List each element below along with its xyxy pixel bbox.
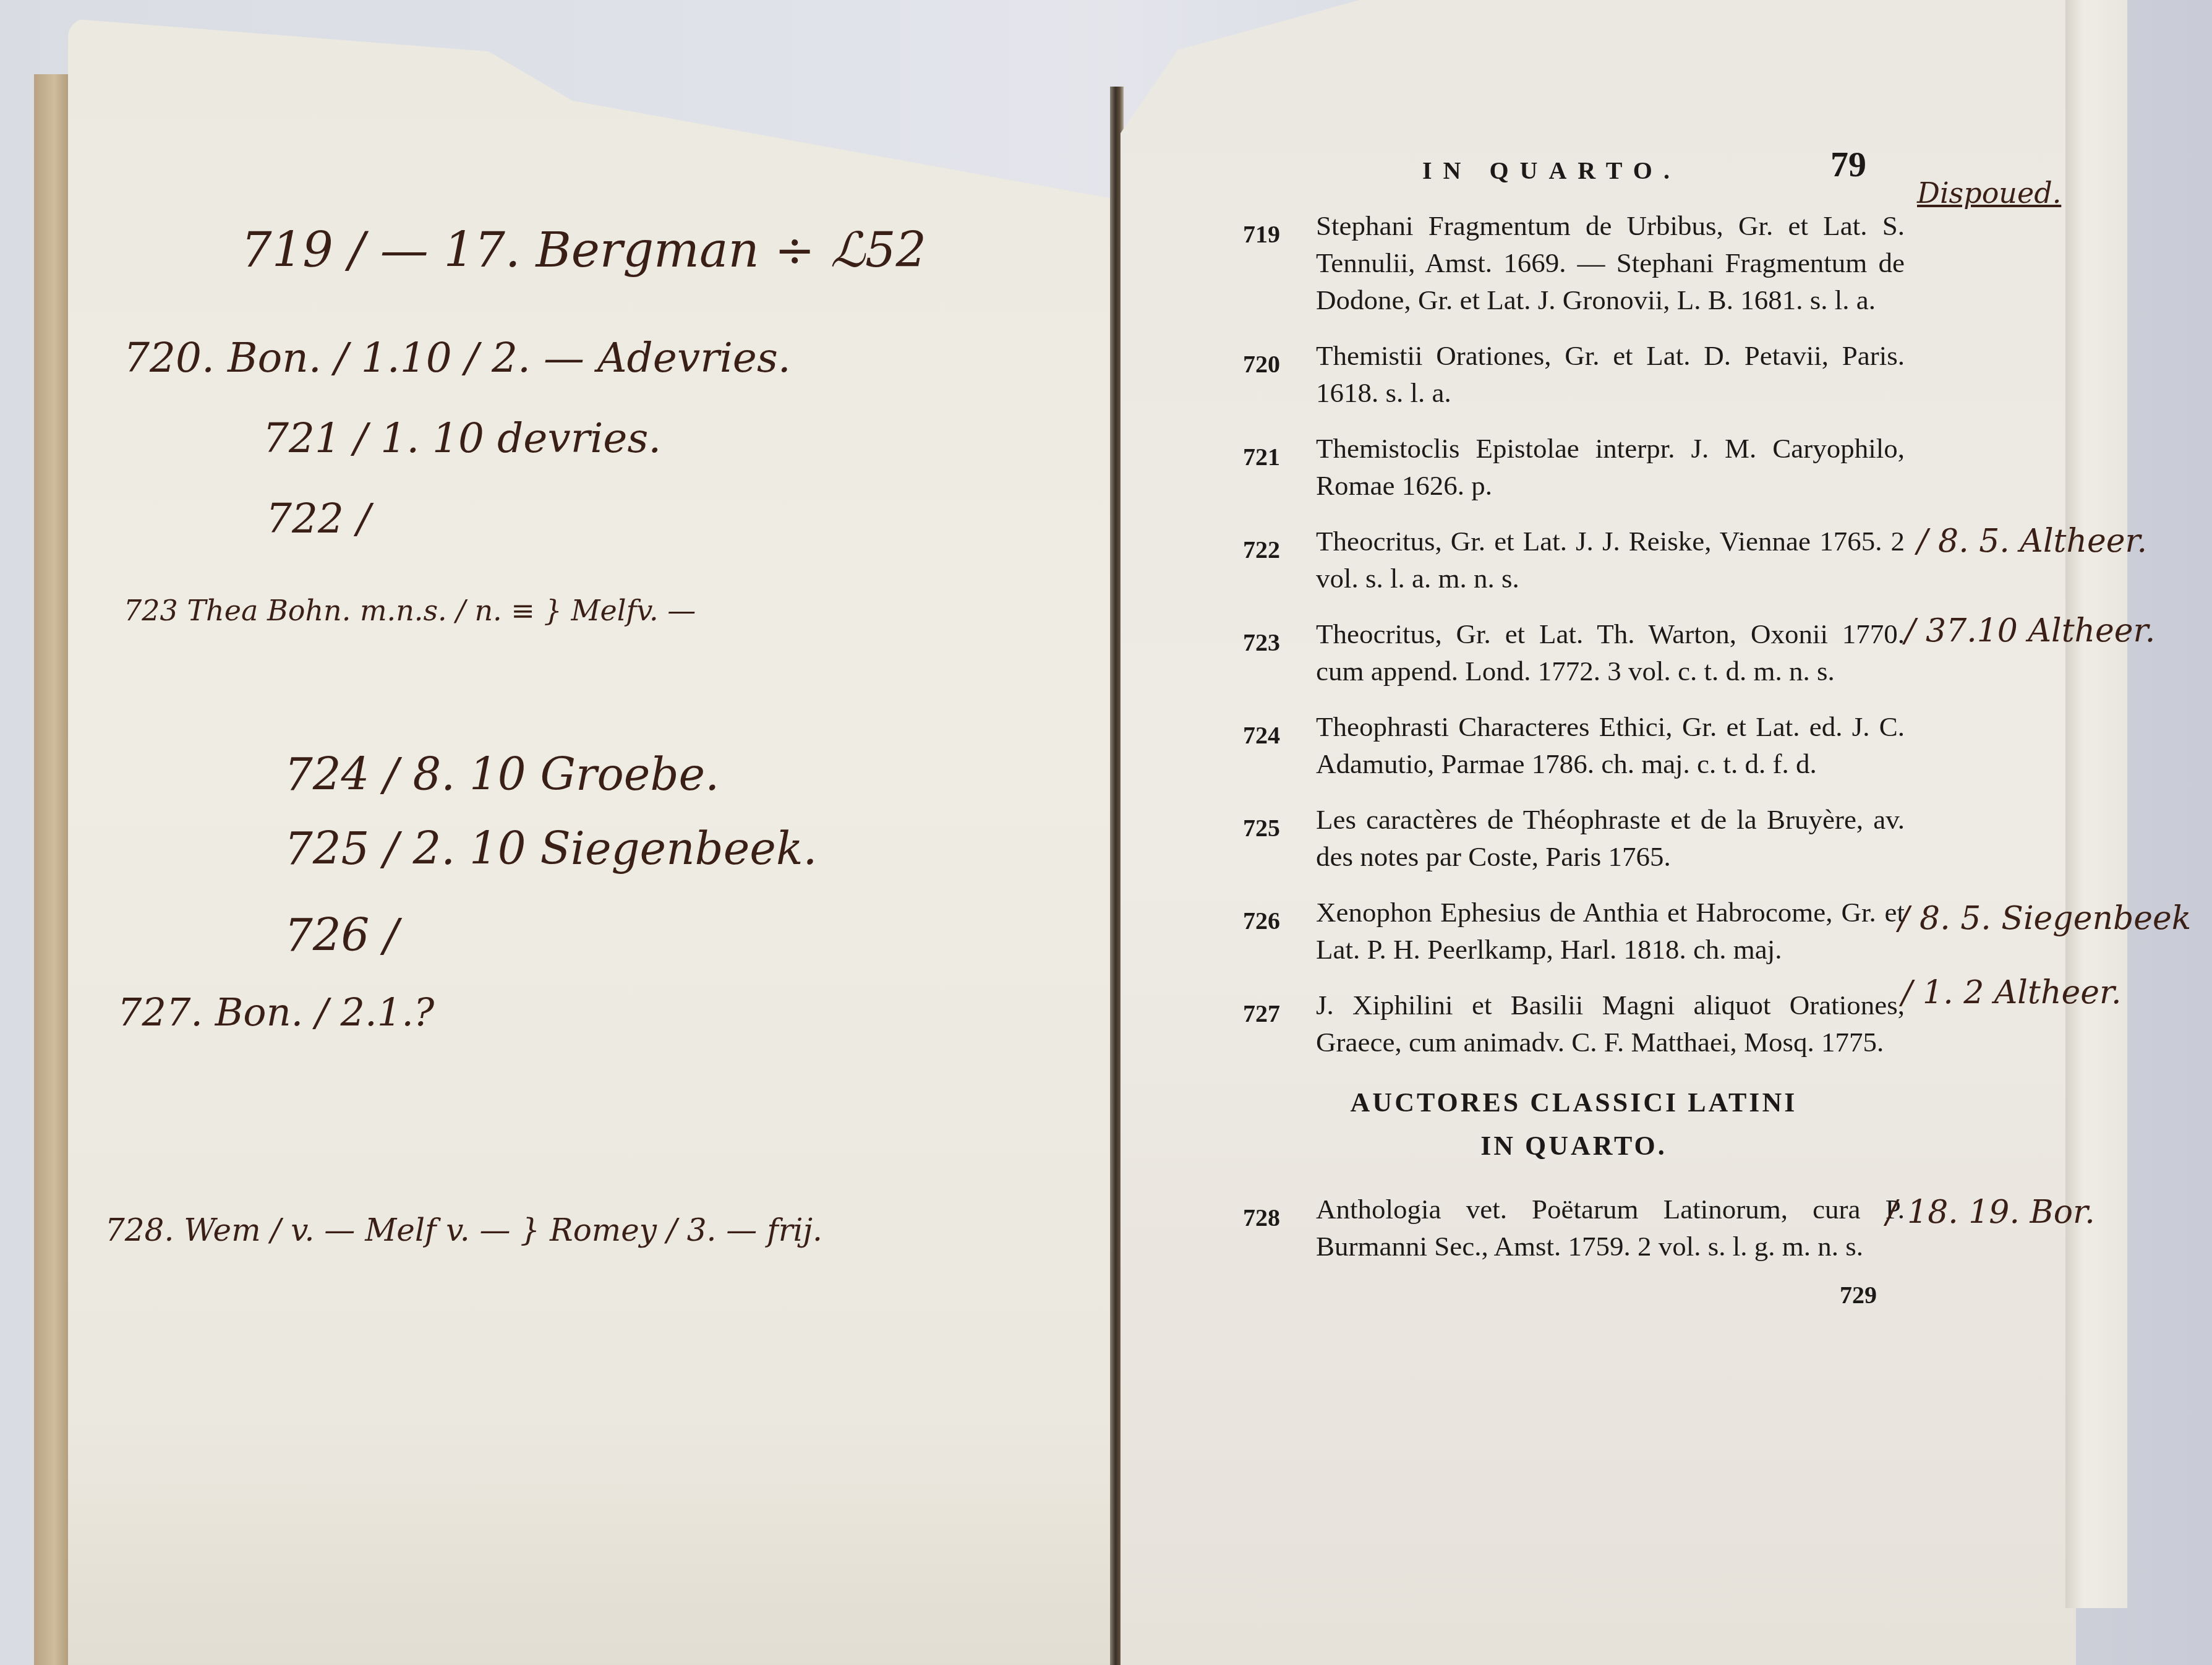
handwritten-note-728: 728. Wem / v. — Melf v. — } Romey / 3. —… [105,1212,822,1248]
entry-text: Xenophon Ephesius de Anthia et Habrocome… [1316,894,1905,968]
lot-number: 722 [1243,531,1280,568]
annotation-lot-723: / 37.10 Altheer. [1905,612,2155,649]
catchword: 729 [1840,1280,1877,1309]
lot-number: 727 [1243,995,1280,1032]
lot-number: 720 [1243,346,1280,383]
entry-text: Anthologia vet. Poëtarum Latinorum, cura… [1316,1191,1905,1265]
entry-text: Stephani Fragmentum de Urbibus, Gr. et L… [1316,207,1905,319]
catalogue-entry: 725 Les caractères de Théophraste et de … [1243,801,1905,875]
lot-number: 719 [1243,216,1280,253]
lot-number: 726 [1243,902,1280,940]
header-annotation: Dispoued. [1917,176,2061,210]
entry-text: Theophrasti Characteres Ethici, Gr. et L… [1316,708,1905,782]
handwritten-note-721: 721 / 1. 10 devries. [263,414,661,462]
handwritten-note-723: 723 Thea Bohn. m.n.s. / n. ≡ } Melfv. — [124,594,696,627]
handwritten-note-725: 725 / 2. 10 Siegenbeek. [284,823,817,875]
entry-text: Themistii Orationes, Gr. et Lat. D. Peta… [1316,337,1905,411]
catalogue-entry: 726 Xenophon Ephesius de Anthia et Habro… [1243,894,1905,968]
entry-text: J. Xiphilini et Basilii Magni aliquot Or… [1316,987,1905,1061]
lot-number: 721 [1243,439,1280,476]
section-title-line-2: IN QUARTO. [1311,1124,1837,1168]
page-number: 79 [1830,143,1866,185]
entry-text: Themistoclis Epistolae interpr. J. M. Ca… [1316,430,1905,504]
catalogue-entry: 724 Theophrasti Characteres Ethici, Gr. … [1243,708,1905,782]
catalogue-entry: 719 Stephani Fragmentum de Urbibus, Gr. … [1243,207,1905,319]
entry-text: Theocritus, Gr. et Lat. Th. Warton, Oxon… [1316,615,1905,690]
catalogue-entry: 723 Theocritus, Gr. et Lat. Th. Warton, … [1243,615,1905,690]
handwritten-note-726: 726 / [284,909,399,961]
handwritten-note-720: 720. Bon. / 1.10 / 2. — Adevries. [124,334,791,382]
lot-number: 723 [1243,624,1280,661]
handwritten-note-722: 722 / [266,495,370,542]
right-page-edge [2065,0,2127,1608]
entry-text: Les caractères de Théophraste et de la B… [1316,801,1905,875]
catalogue-entry: 728 Anthologia vet. Poëtarum Latinorum, … [1243,1191,1905,1265]
annotation-lot-726: / 8. 5. Siegenbeek [1898,900,2191,937]
section-title-line-1: AUCTORES CLASSICI LATINI [1311,1081,1837,1124]
lot-number: 728 [1243,1199,1280,1236]
catalogue-entries: 719 Stephani Fragmentum de Urbibus, Gr. … [1243,207,1905,1079]
annotation-lot-728: / 18. 19. Bor. [1886,1194,2095,1231]
catalogue-entry: 720 Themistii Orationes, Gr. et Lat. D. … [1243,337,1905,411]
section-title: AUCTORES CLASSICI LATINI IN QUARTO. [1311,1081,1837,1168]
catalogue-entry: 727 J. Xiphilini et Basilii Magni aliquo… [1243,987,1905,1061]
handwritten-note-724: 724 / 8. 10 Groebe. [284,748,719,800]
entry-text: Theocritus, Gr. et Lat. J. J. Reiske, Vi… [1316,523,1905,597]
catalogue-entry: 722 Theocritus, Gr. et Lat. J. J. Reiske… [1243,523,1905,597]
annotation-lot-722: / 8. 5. Altheer. [1917,523,2147,560]
handwritten-note-727: 727. Bon. / 2.1.? [117,990,434,1035]
running-head: IN QUARTO. [1422,156,1681,185]
catalogue-entries-latin: 728 Anthologia vet. Poëtarum Latinorum, … [1243,1191,1905,1283]
lot-number: 724 [1243,717,1280,754]
catalogue-entry: 721 Themistoclis Epistolae interpr. J. M… [1243,430,1905,504]
handwritten-note-719: 719 / — 17. Bergman ÷ ℒ52 [241,223,926,278]
open-book: IN QUARTO. 79 Dispoued. 719 Stephani Fra… [0,0,2212,1665]
lot-number: 725 [1243,810,1280,847]
annotation-lot-727: / 1. 2 Altheer. [1902,974,2122,1011]
